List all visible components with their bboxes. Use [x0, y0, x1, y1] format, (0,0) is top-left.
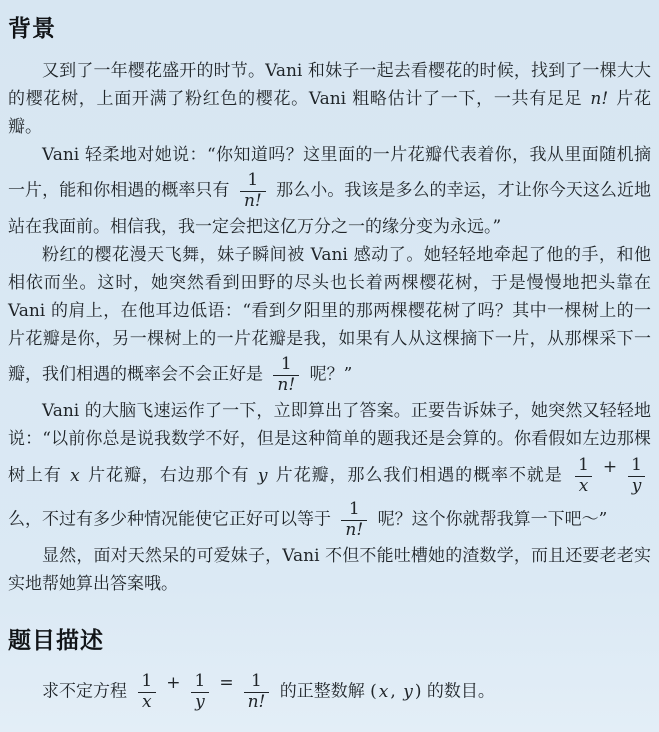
math-variable: y: [256, 466, 270, 486]
math-fraction: 1x: [574, 456, 593, 496]
paragraph-background-1: 又到了一年樱花盛开的时节。Vani 和妹子一起去看樱花的时候，找到了一棵大大的樱…: [8, 57, 651, 141]
math-fraction: 1n!: [240, 171, 266, 211]
fraction-numerator: 1: [243, 171, 262, 191]
paragraph-background-3: 粉红的樱花漫天飞舞，妹子瞬间被 Vani 感动了。她轻轻地牵起了他的手，和他相依…: [8, 241, 651, 397]
math-variable: y: [401, 682, 415, 702]
section-heading-background: 背景: [8, 10, 651, 43]
math-fraction: 1y: [627, 456, 646, 496]
problem-content: 背景又到了一年樱花盛开的时节。Vani 和妹子一起去看樱花的时候，找到了一棵大大…: [8, 10, 651, 714]
fraction-numerator: 1: [277, 355, 296, 375]
math-fraction: 1x: [137, 672, 156, 712]
paragraph-background-5: 显然，面对天然呆的可爱妹子，Vani 不但不能吐槽她的渣数学，而且还要老老实实地…: [8, 542, 651, 598]
fraction-numerator: 1: [190, 672, 209, 692]
section-heading-description: 题目描述: [8, 622, 651, 655]
math-operator: +: [598, 457, 622, 477]
fraction-denominator: x: [575, 476, 593, 497]
paragraph-background-2: Vani 轻柔地对她说：“你知道吗？这里面的一片花瓣代表着你，我从里面随机摘一片…: [8, 141, 651, 241]
math-fraction: 1y: [190, 672, 209, 712]
math-variable: n!: [588, 89, 610, 109]
math-variable: x: [377, 682, 391, 702]
fraction-numerator: 1: [137, 672, 156, 692]
fraction-numerator: 1: [627, 456, 646, 476]
paragraph-background-4: Vani 的大脑飞速运作了一下，立即算出了答案。正要告诉妹子，她突然又轻轻地说：…: [8, 397, 651, 542]
math-operator: =: [214, 673, 238, 693]
math-operator: +: [161, 673, 185, 693]
math-fraction: 1n!: [341, 500, 367, 540]
problem-page: 背景又到了一年樱花盛开的时节。Vani 和妹子一起去看樱花的时候，找到了一棵大大…: [0, 0, 659, 732]
fraction-numerator: 1: [345, 500, 364, 520]
math-variable: x: [68, 466, 82, 486]
fraction-numerator: 1: [247, 672, 266, 692]
fraction-denominator: y: [191, 692, 209, 713]
math-fraction: 1n!: [244, 672, 270, 712]
fraction-denominator: y: [628, 476, 646, 497]
paragraph-description-1: 求不定方程 1x+1y=1n! 的正整数解 (x, y) 的数目。: [8, 669, 651, 714]
math-fraction: 1n!: [273, 355, 299, 395]
fraction-numerator: 1: [574, 456, 593, 476]
fraction-denominator: n!: [244, 692, 270, 713]
fraction-denominator: n!: [240, 191, 266, 212]
fraction-denominator: x: [138, 692, 156, 713]
fraction-denominator: n!: [341, 520, 367, 541]
fraction-denominator: n!: [273, 375, 299, 396]
